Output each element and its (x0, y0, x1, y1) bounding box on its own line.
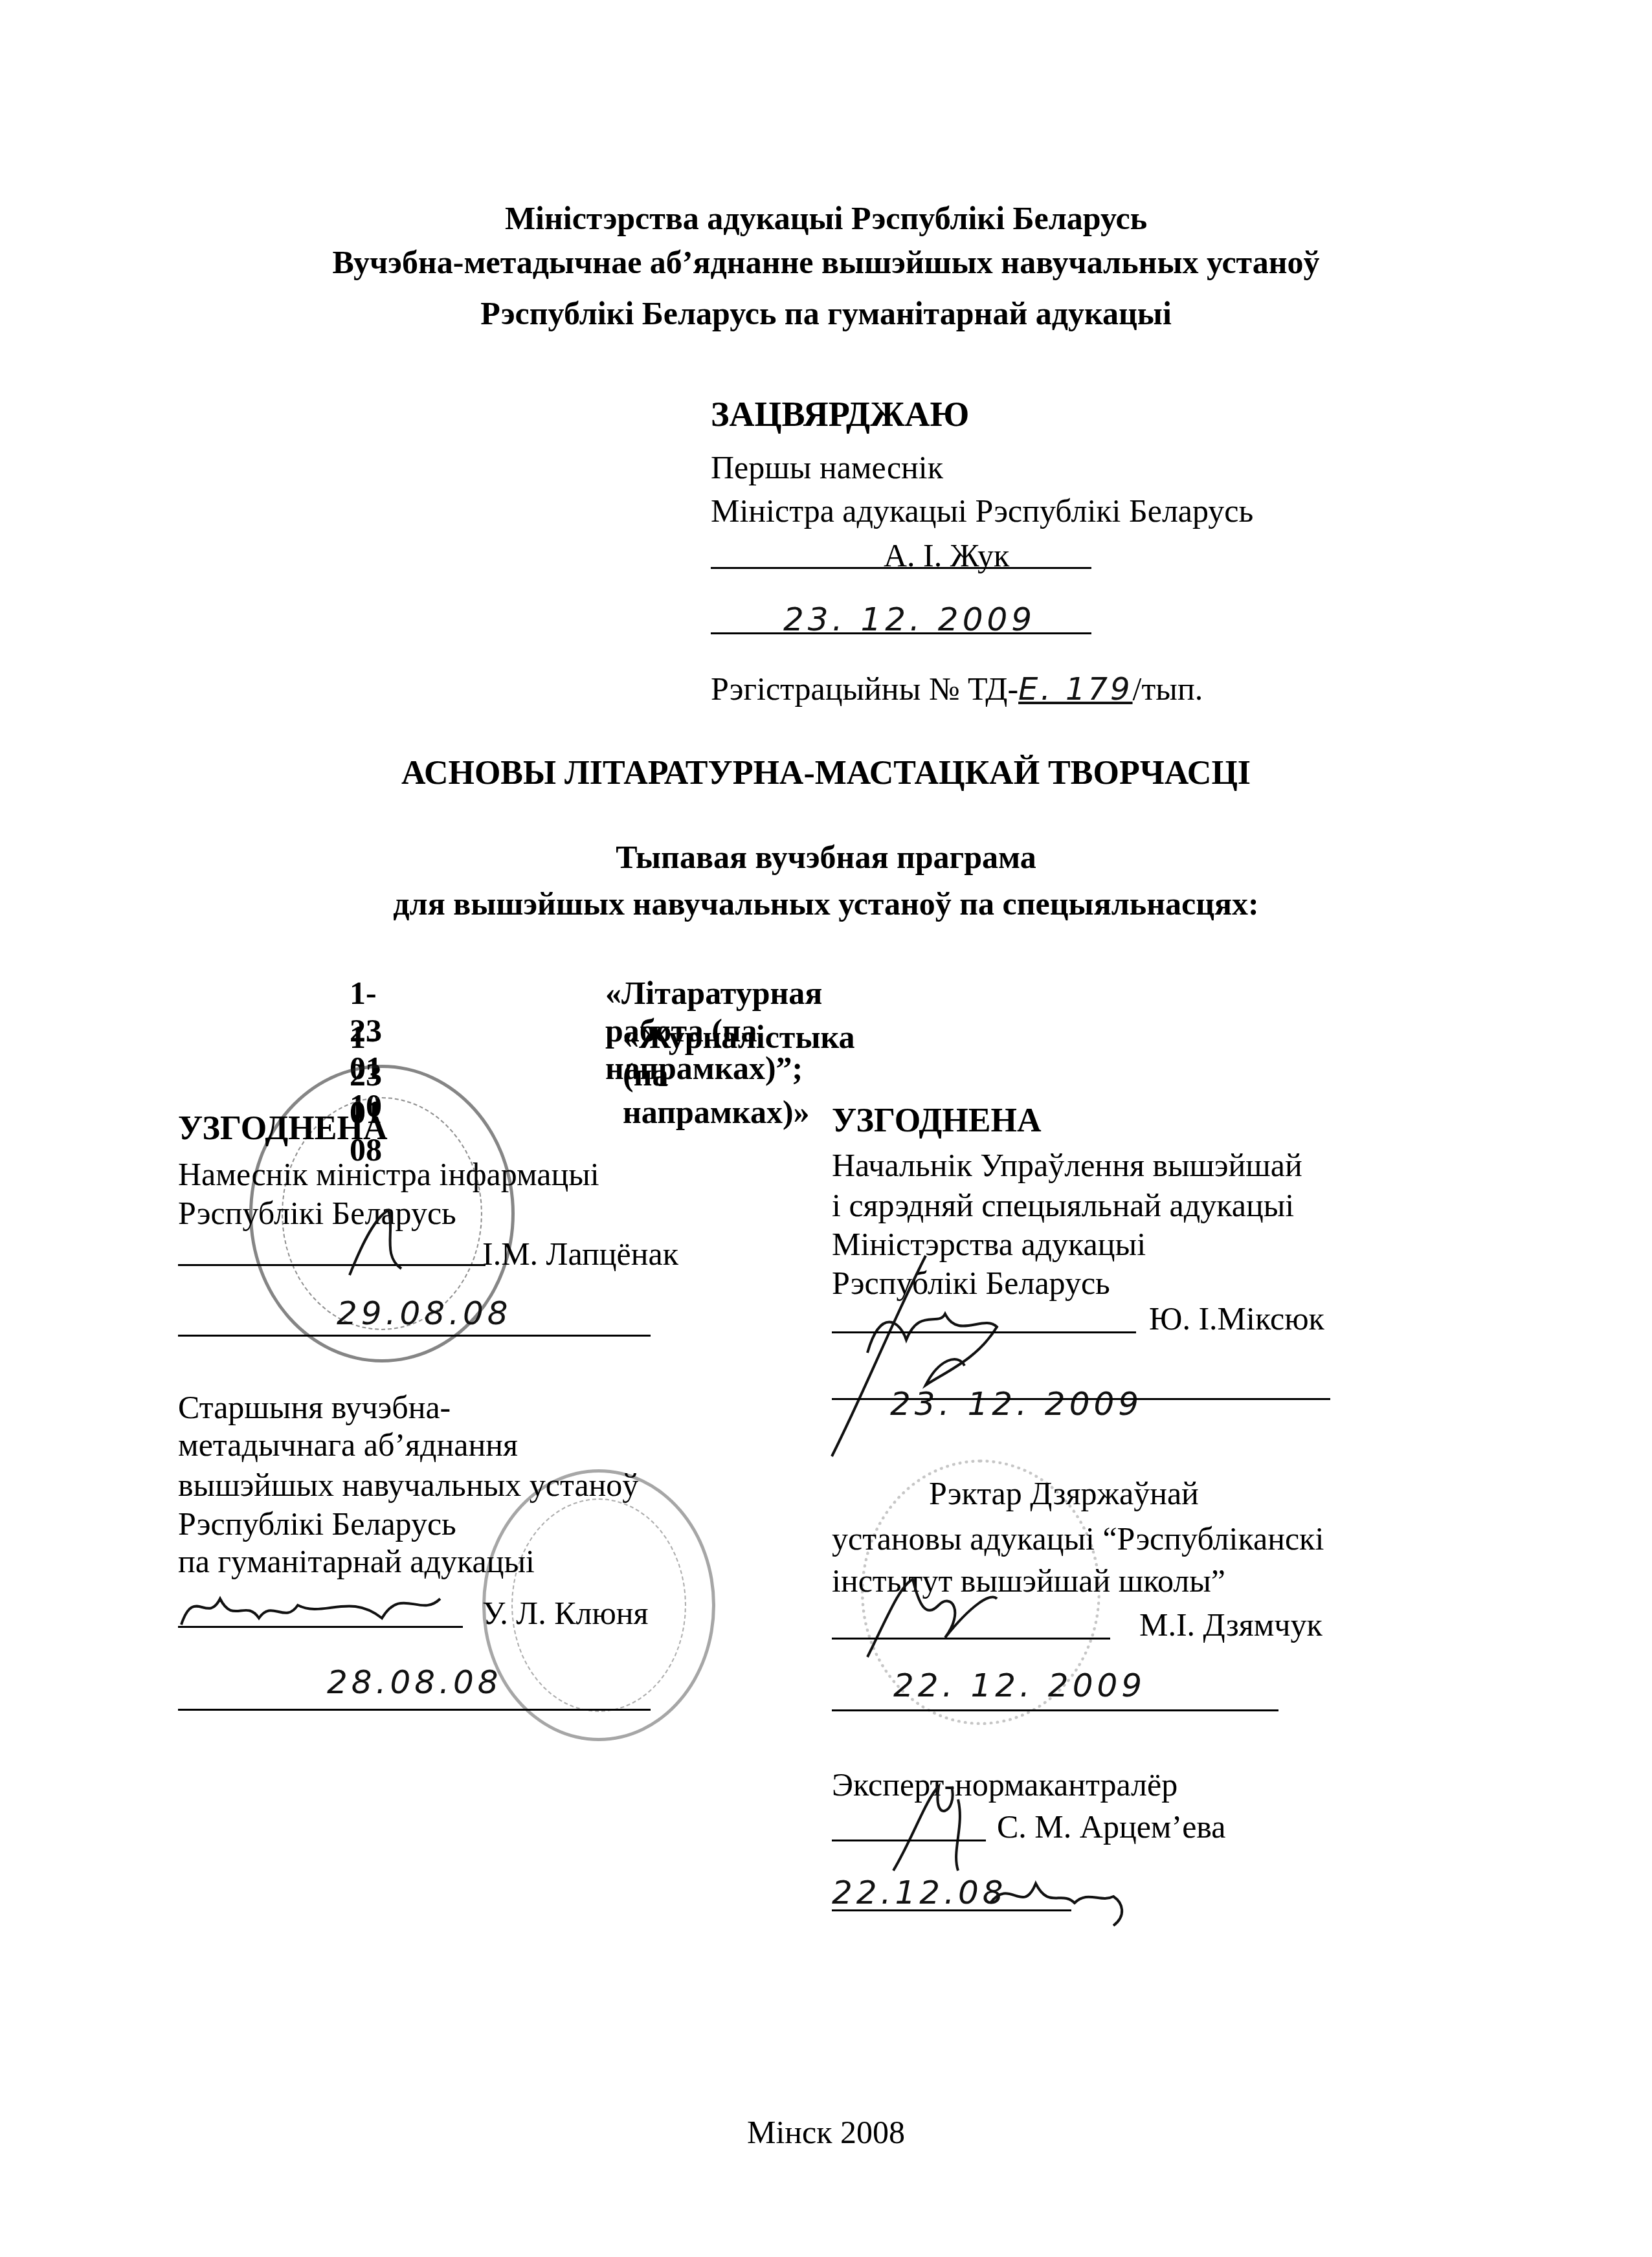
signature-icon (887, 1773, 1003, 1877)
agreement-position: вышэйшых навучальных устаноў (178, 1464, 638, 1506)
agreement-name: С. М. Арцем’ева (997, 1806, 1226, 1847)
agreement-signature-line (832, 1331, 1136, 1333)
registration-number: Рэгістрацыйны № ТД-Е. 179/тып. (711, 668, 1203, 710)
approval-heading: ЗАЦВЯРДЖАЮ (711, 394, 969, 435)
agreement-position: Рэспублікі Беларусь (178, 1192, 456, 1234)
agreement-position: Намеснік міністра інфармацыі (178, 1153, 599, 1195)
agreement-date-line (832, 1398, 1330, 1400)
registration-suffix: /тып. (1133, 671, 1203, 707)
agreement-date-line (832, 1909, 1071, 1911)
agreement-date-line (178, 1709, 651, 1711)
approval-date-line (711, 632, 1091, 634)
association-header-cont: Рэспублікі Беларусь па гуманітарнай адук… (0, 293, 1652, 334)
agreement-position: Старшыня вучэбна- (178, 1386, 451, 1428)
signature-icon (984, 1864, 1139, 1929)
agreement-name: І.М. Лапцёнак (482, 1233, 678, 1274)
agreement-position: метадычнага аб’яднання (178, 1424, 518, 1465)
approval-position-2: Міністра адукацыі Рэспублікі Беларусь (711, 490, 1253, 531)
program-title: АСНОВЫ ЛІТАРАТУРНА-МАСТАЦКАЙ ТВОРЧАСЦІ (0, 754, 1652, 792)
agreement-signature-line (178, 1264, 486, 1266)
association-header: Вучэбна-метадычнае аб’яднанне вышэйшых н… (0, 241, 1652, 283)
agreement-date: 28.08.08 (327, 1663, 502, 1701)
signature-icon (829, 1243, 1036, 1463)
agreement-position: установы адукацыі “Рэспубліканскі (832, 1518, 1324, 1559)
agreement-date: 29.08.08 (337, 1295, 512, 1332)
agreement-name: У. Л. Клюня (482, 1592, 649, 1634)
agreement-heading: УЗГОДНЕНА (178, 1108, 387, 1150)
specialty-name: «Журналістыка (па напрамках)» (623, 1018, 854, 1131)
agreement-name: Ю. І.Міксюк (1149, 1298, 1324, 1339)
agreement-date: 23. 12. 2009 (890, 1385, 1143, 1423)
agreement-signature-line (832, 1638, 1110, 1640)
agreement-date: 22.12.08 (832, 1874, 1007, 1911)
agreement-name: М.І. Дзямчук (1139, 1604, 1323, 1645)
approval-name: А. І. Жук (884, 535, 1009, 576)
agreement-position: Начальнік Упраўлення вышэйшай (832, 1144, 1302, 1186)
ministry-header: Міністэрства адукацыі Рэспублікі Беларус… (0, 197, 1652, 239)
registration-prefix: Рэгістрацыйны № ТД- (711, 671, 1018, 707)
program-subtitle-2: для вышэйшых навучальных устаноў па спец… (0, 885, 1652, 922)
agreement-signature-line (178, 1626, 463, 1628)
place-year: Мінск 2008 (0, 2111, 1652, 2153)
agreement-signature-line (832, 1840, 986, 1841)
agreement-date-line (832, 1709, 1278, 1711)
program-subtitle-1: Тыпавая вучэбная праграма (0, 838, 1652, 876)
agreement-position: і сярэдняй спецыяльнай адукацыі (832, 1184, 1294, 1226)
agreement-heading: УЗГОДНЕНА (832, 1100, 1041, 1142)
approval-position-1: Першы намеснік (711, 447, 943, 488)
agreement-position: Рэспублікі Беларусь (178, 1503, 456, 1544)
agreement-date: 22. 12. 2009 (893, 1667, 1146, 1704)
agreement-position: па гуманітарнай адукацыі (178, 1540, 535, 1582)
agreement-date-line (178, 1335, 651, 1337)
signature-icon (175, 1579, 447, 1631)
agreement-position: Рэктар Дзяржаўнай (929, 1473, 1199, 1514)
signature-icon (337, 1204, 414, 1282)
agreement-position: Эксперт-нормакантралёр (832, 1764, 1178, 1805)
registration-code: Е. 179 (1018, 671, 1132, 707)
signature-icon (861, 1566, 1003, 1663)
